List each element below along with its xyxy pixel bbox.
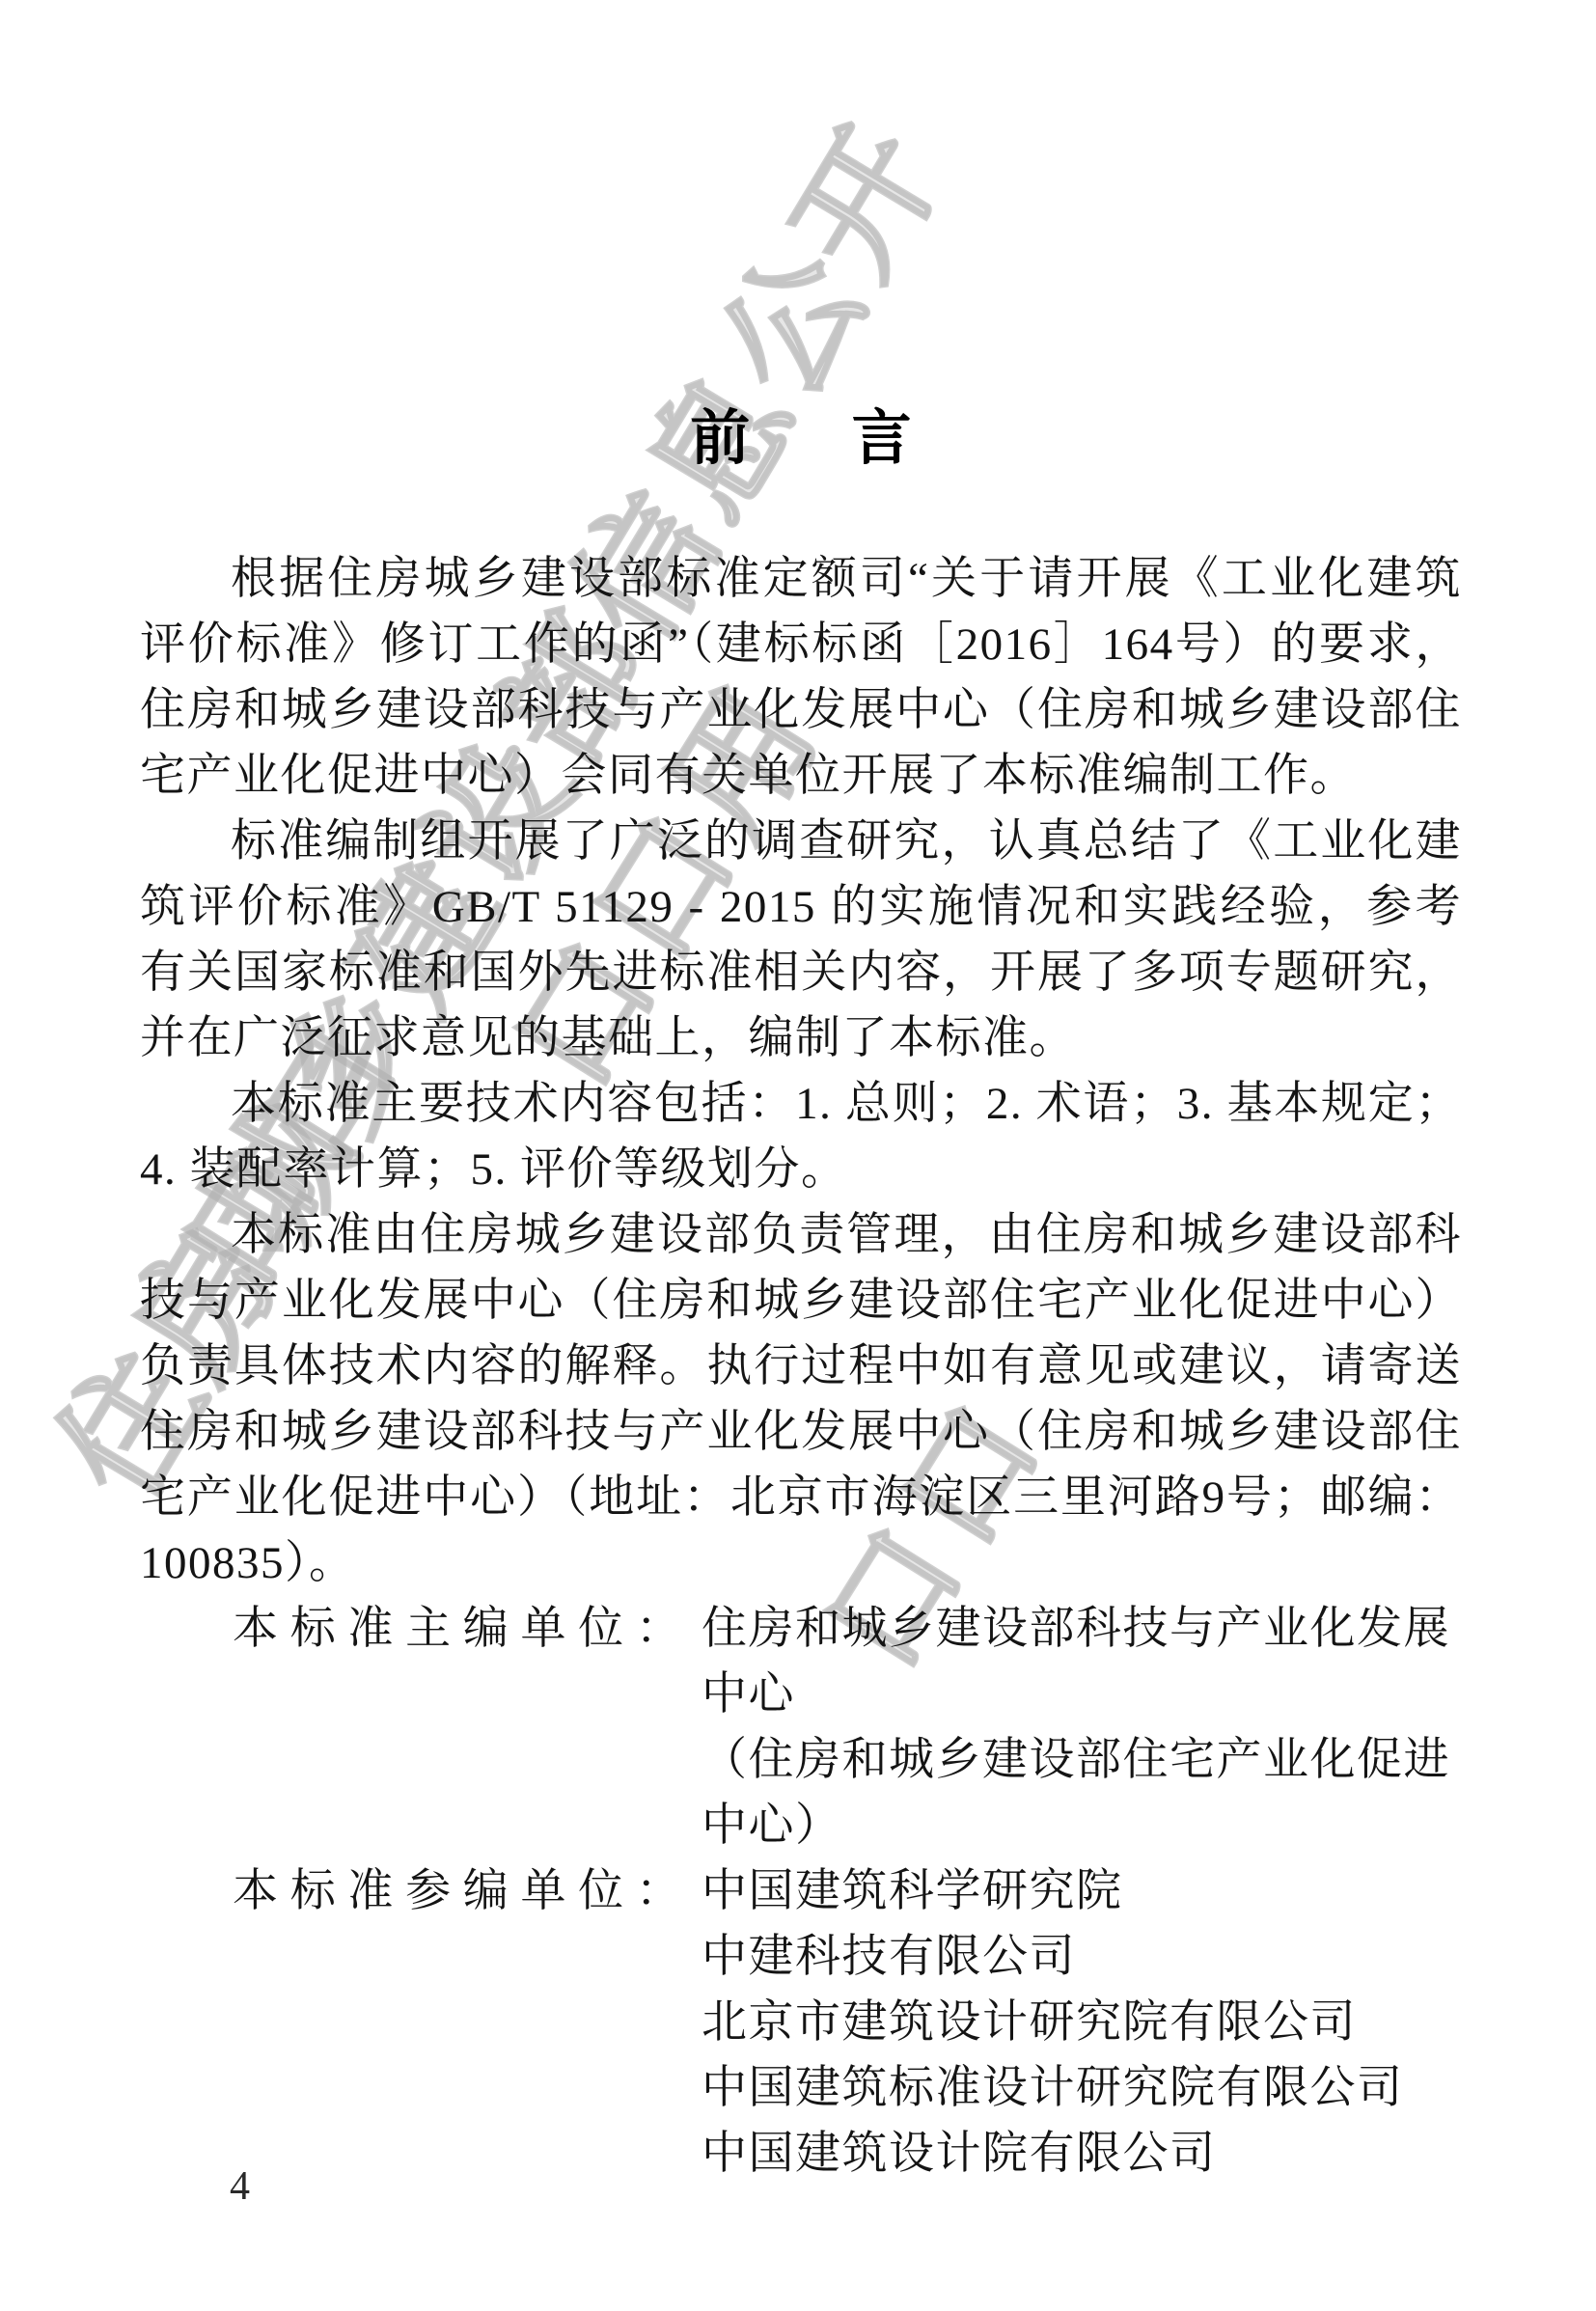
participating-editor-units: 中国建筑科学研究院 中建科技有限公司 北京市建筑设计研究院有限公司 中国建筑标准… xyxy=(702,1858,1464,2187)
chief-editor-units: 住房和城乡建设部科技与产业化发展中心 （住房和城乡建设部住宅产业化促进中心） xyxy=(702,1596,1464,1858)
participating-unit-item: 中国建筑标准设计研究院有限公司 xyxy=(702,2055,1464,2121)
body-paragraph-3: 本标准主要技术内容包括：1. 总则；2. 术语；3. 基本规定；4. 装配率计算… xyxy=(140,1071,1462,1202)
chief-unit-item: （住房和城乡建设部住宅产业化促进中心） xyxy=(702,1727,1464,1858)
body-paragraph-1: 根据住房城乡建设部标准定额司“关于请开展《工业化建筑评价标准》修订工作的函”（建… xyxy=(140,546,1462,809)
participating-unit-item: 北京市建筑设计研究院有限公司 xyxy=(702,1990,1464,2055)
chief-editor-row: 本标准主编单位： 住房和城乡建设部科技与产业化发展中心 （住房和城乡建设部住宅产… xyxy=(140,1596,1462,1858)
body-paragraph-4: 本标准由住房城乡建设部负责管理，由住房和城乡建设部科技与产业化发展中心（住房和城… xyxy=(140,1202,1462,1596)
participating-unit-item: 中国建筑科学研究院 xyxy=(702,1858,1464,1924)
participating-unit-item: 中建科技有限公司 xyxy=(702,1924,1464,1990)
participating-editor-row: 本标准参编单位： 中国建筑科学研究院 中建科技有限公司 北京市建筑设计研究院有限… xyxy=(140,1858,1462,2187)
document-page: 住房城乡建设部信息公开 口口用 口口 口口 前 言 根据住房城乡建设部标准定额司… xyxy=(0,0,1596,2311)
chief-editor-label: 本标准主编单位： xyxy=(233,1596,702,1662)
foreword-body: 根据住房城乡建设部标准定额司“关于请开展《工业化建筑评价标准》修订工作的函”（建… xyxy=(140,546,1462,2187)
page-title: 前 言 xyxy=(140,390,1462,476)
participating-unit-item: 中国建筑设计院有限公司 xyxy=(702,2121,1464,2187)
page-number: 4 xyxy=(230,2163,250,2210)
chief-unit-item: 住房和城乡建设部科技与产业化发展中心 xyxy=(702,1596,1464,1727)
participating-editor-label: 本标准参编单位： xyxy=(233,1858,702,1924)
body-paragraph-2: 标准编制组开展了广泛的调查研究，认真总结了《工业化建筑评价标准》GB/T 511… xyxy=(140,809,1462,1071)
